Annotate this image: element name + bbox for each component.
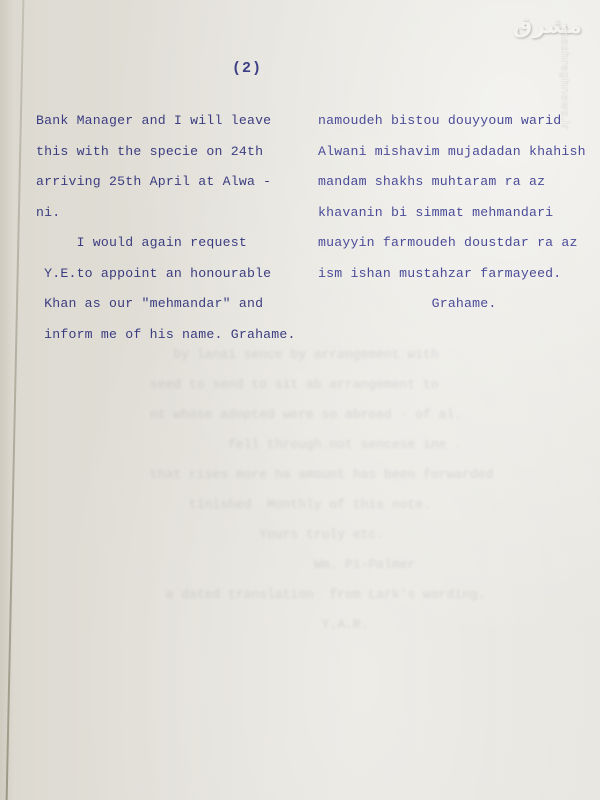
- bleed-line: tinished Monthly of this note.: [150, 490, 600, 520]
- text-line: muayyin farmoudeh doustdar ra az: [318, 228, 586, 259]
- text-line: inform me of his name. Grahame.: [36, 320, 296, 351]
- text-line: Y.E.to appoint an honourable: [36, 259, 296, 290]
- watermark: مشرق mashreghnews.ir: [558, 10, 594, 120]
- text-line: ni.: [36, 198, 296, 229]
- text-line: namoudeh bistou douyyoum warid: [318, 106, 586, 137]
- page-number: (2): [232, 60, 262, 77]
- bleed-line: seed to send to sit ab arrangement to: [150, 370, 600, 400]
- text-line: ism ishan mustahzar farmayeed.: [318, 259, 586, 290]
- text-line: Khan as our "mehmandar" and: [36, 289, 296, 320]
- document-page: by lanai sence by arrangement with seed …: [0, 0, 600, 800]
- text-line: Bank Manager and I will leave: [36, 106, 296, 137]
- bleed-line: Yours truly etc.: [150, 520, 600, 550]
- bleed-line: nt whose adopted were so abroad - of al.: [150, 400, 600, 430]
- bleed-line: fell through.not sencese ine .: [150, 430, 600, 460]
- bleed-line: a dated translation from Lark's wording.: [150, 580, 600, 610]
- text-line: mandam shakhs muhtaram ra az: [318, 167, 586, 198]
- english-column: Bank Manager and I will leave this with …: [36, 106, 296, 350]
- bleed-line: Wm. Pi-Palmer: [150, 550, 600, 580]
- bleed-line: Y.A.R.: [150, 610, 600, 640]
- text-line: khavanin bi simmat mehmandari: [318, 198, 586, 229]
- watermark-text: mashreghnews.ir: [558, 27, 571, 129]
- text-line: I would again request: [36, 228, 296, 259]
- text-line: this with the specie on 24th: [36, 137, 296, 168]
- text-line: arriving 25th April at Alwa -: [36, 167, 296, 198]
- transliterated-persian-column: namoudeh bistou douyyoum warid Alwani mi…: [318, 106, 586, 320]
- signature-line: Grahame.: [318, 289, 586, 320]
- bleed-line: that rises more ha amount has been forwa…: [150, 460, 600, 490]
- text-line: Alwani mishavim mujadadan khahish: [318, 137, 586, 168]
- page-binding-edge: [6, 0, 25, 800]
- bleed-through-text: by lanai sence by arrangement with seed …: [150, 340, 600, 640]
